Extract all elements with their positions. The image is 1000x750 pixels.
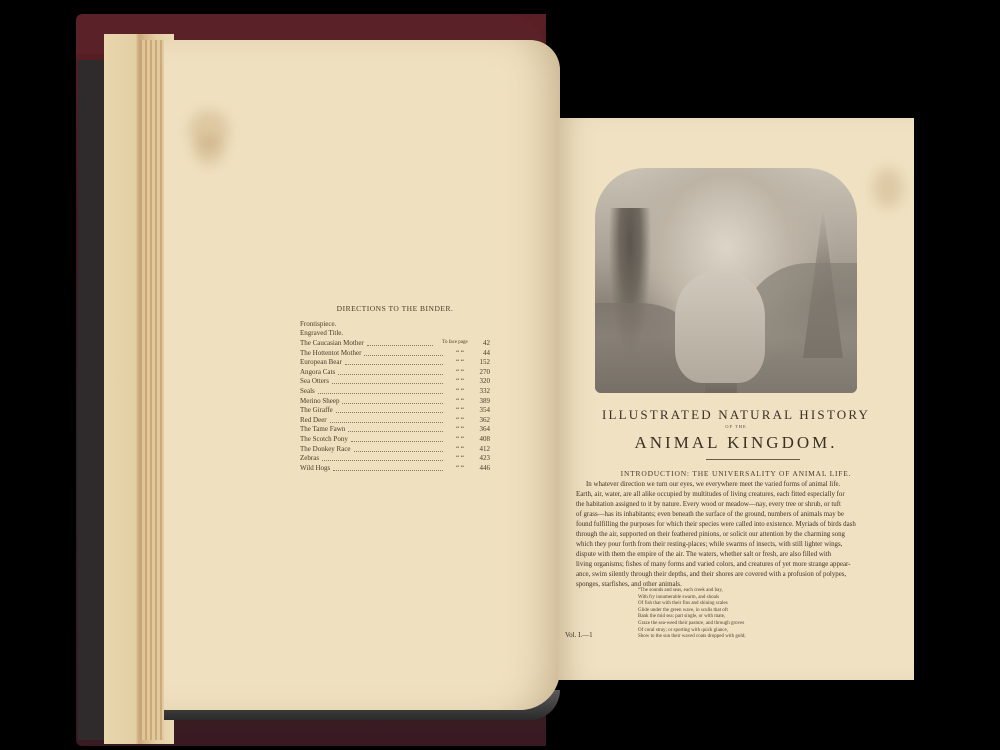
binder-entry: Zebras“ “423 [300,453,490,463]
engraved-illustration [595,168,857,393]
binder-entry: Angora Cats“ “270 [300,367,490,377]
binder-entry: Frontispiece. [300,319,490,329]
binder-entry: Seals“ “332 [300,386,490,396]
spine-cloth [78,60,106,740]
binder-entry: The Tame Fawn“ “364 [300,425,490,435]
binder-entry: Sea Otters“ “320 [300,377,490,387]
binder-entry: Engraved Title. [300,329,490,339]
right-page: ILLUSTRATED NATURAL HISTORY OF THE ANIMA… [558,118,914,680]
binder-entry: European Bear“ “152 [300,357,490,367]
foxing-stain [873,168,903,208]
binder-entry: The Hottentot Mother“ “44 [300,348,490,358]
foxing-stain [194,135,224,165]
binder-entry: Red Deer“ “362 [300,415,490,425]
binder-title: DIRECTIONS TO THE BINDER. [300,304,490,313]
intro-body: In whatever direction we turn our eyes, … [576,480,892,590]
binder-entry: The Giraffe“ “354 [300,405,490,415]
book-title-line1: ILLUSTRATED NATURAL HISTORY [558,407,914,423]
book-title-of-the: OF THE [558,424,914,429]
binder-entry: The Caucasian MotherTo face page42 [300,338,490,348]
title-rule [706,459,800,460]
page-edges [140,40,164,740]
signature-mark: Vol. I.—1 [565,631,593,639]
binder-entry: The Scotch Pony“ “408 [300,434,490,444]
binder-entry: Wild Hogs“ “446 [300,463,490,473]
river [675,273,765,383]
directions-to-binder: DIRECTIONS TO THE BINDER. Frontispiece. … [300,304,490,473]
binder-entry: The Donkey Race“ “412 [300,444,490,454]
binder-entry: Merino Sheep“ “389 [300,396,490,406]
book-title-line2: ANIMAL KINGDOM. [558,433,914,453]
poem-quote: “The sounds and seas, each creek and bay… [638,588,746,641]
intro-heading: INTRODUCTION: THE UNIVERSALITY OF ANIMAL… [558,469,914,478]
